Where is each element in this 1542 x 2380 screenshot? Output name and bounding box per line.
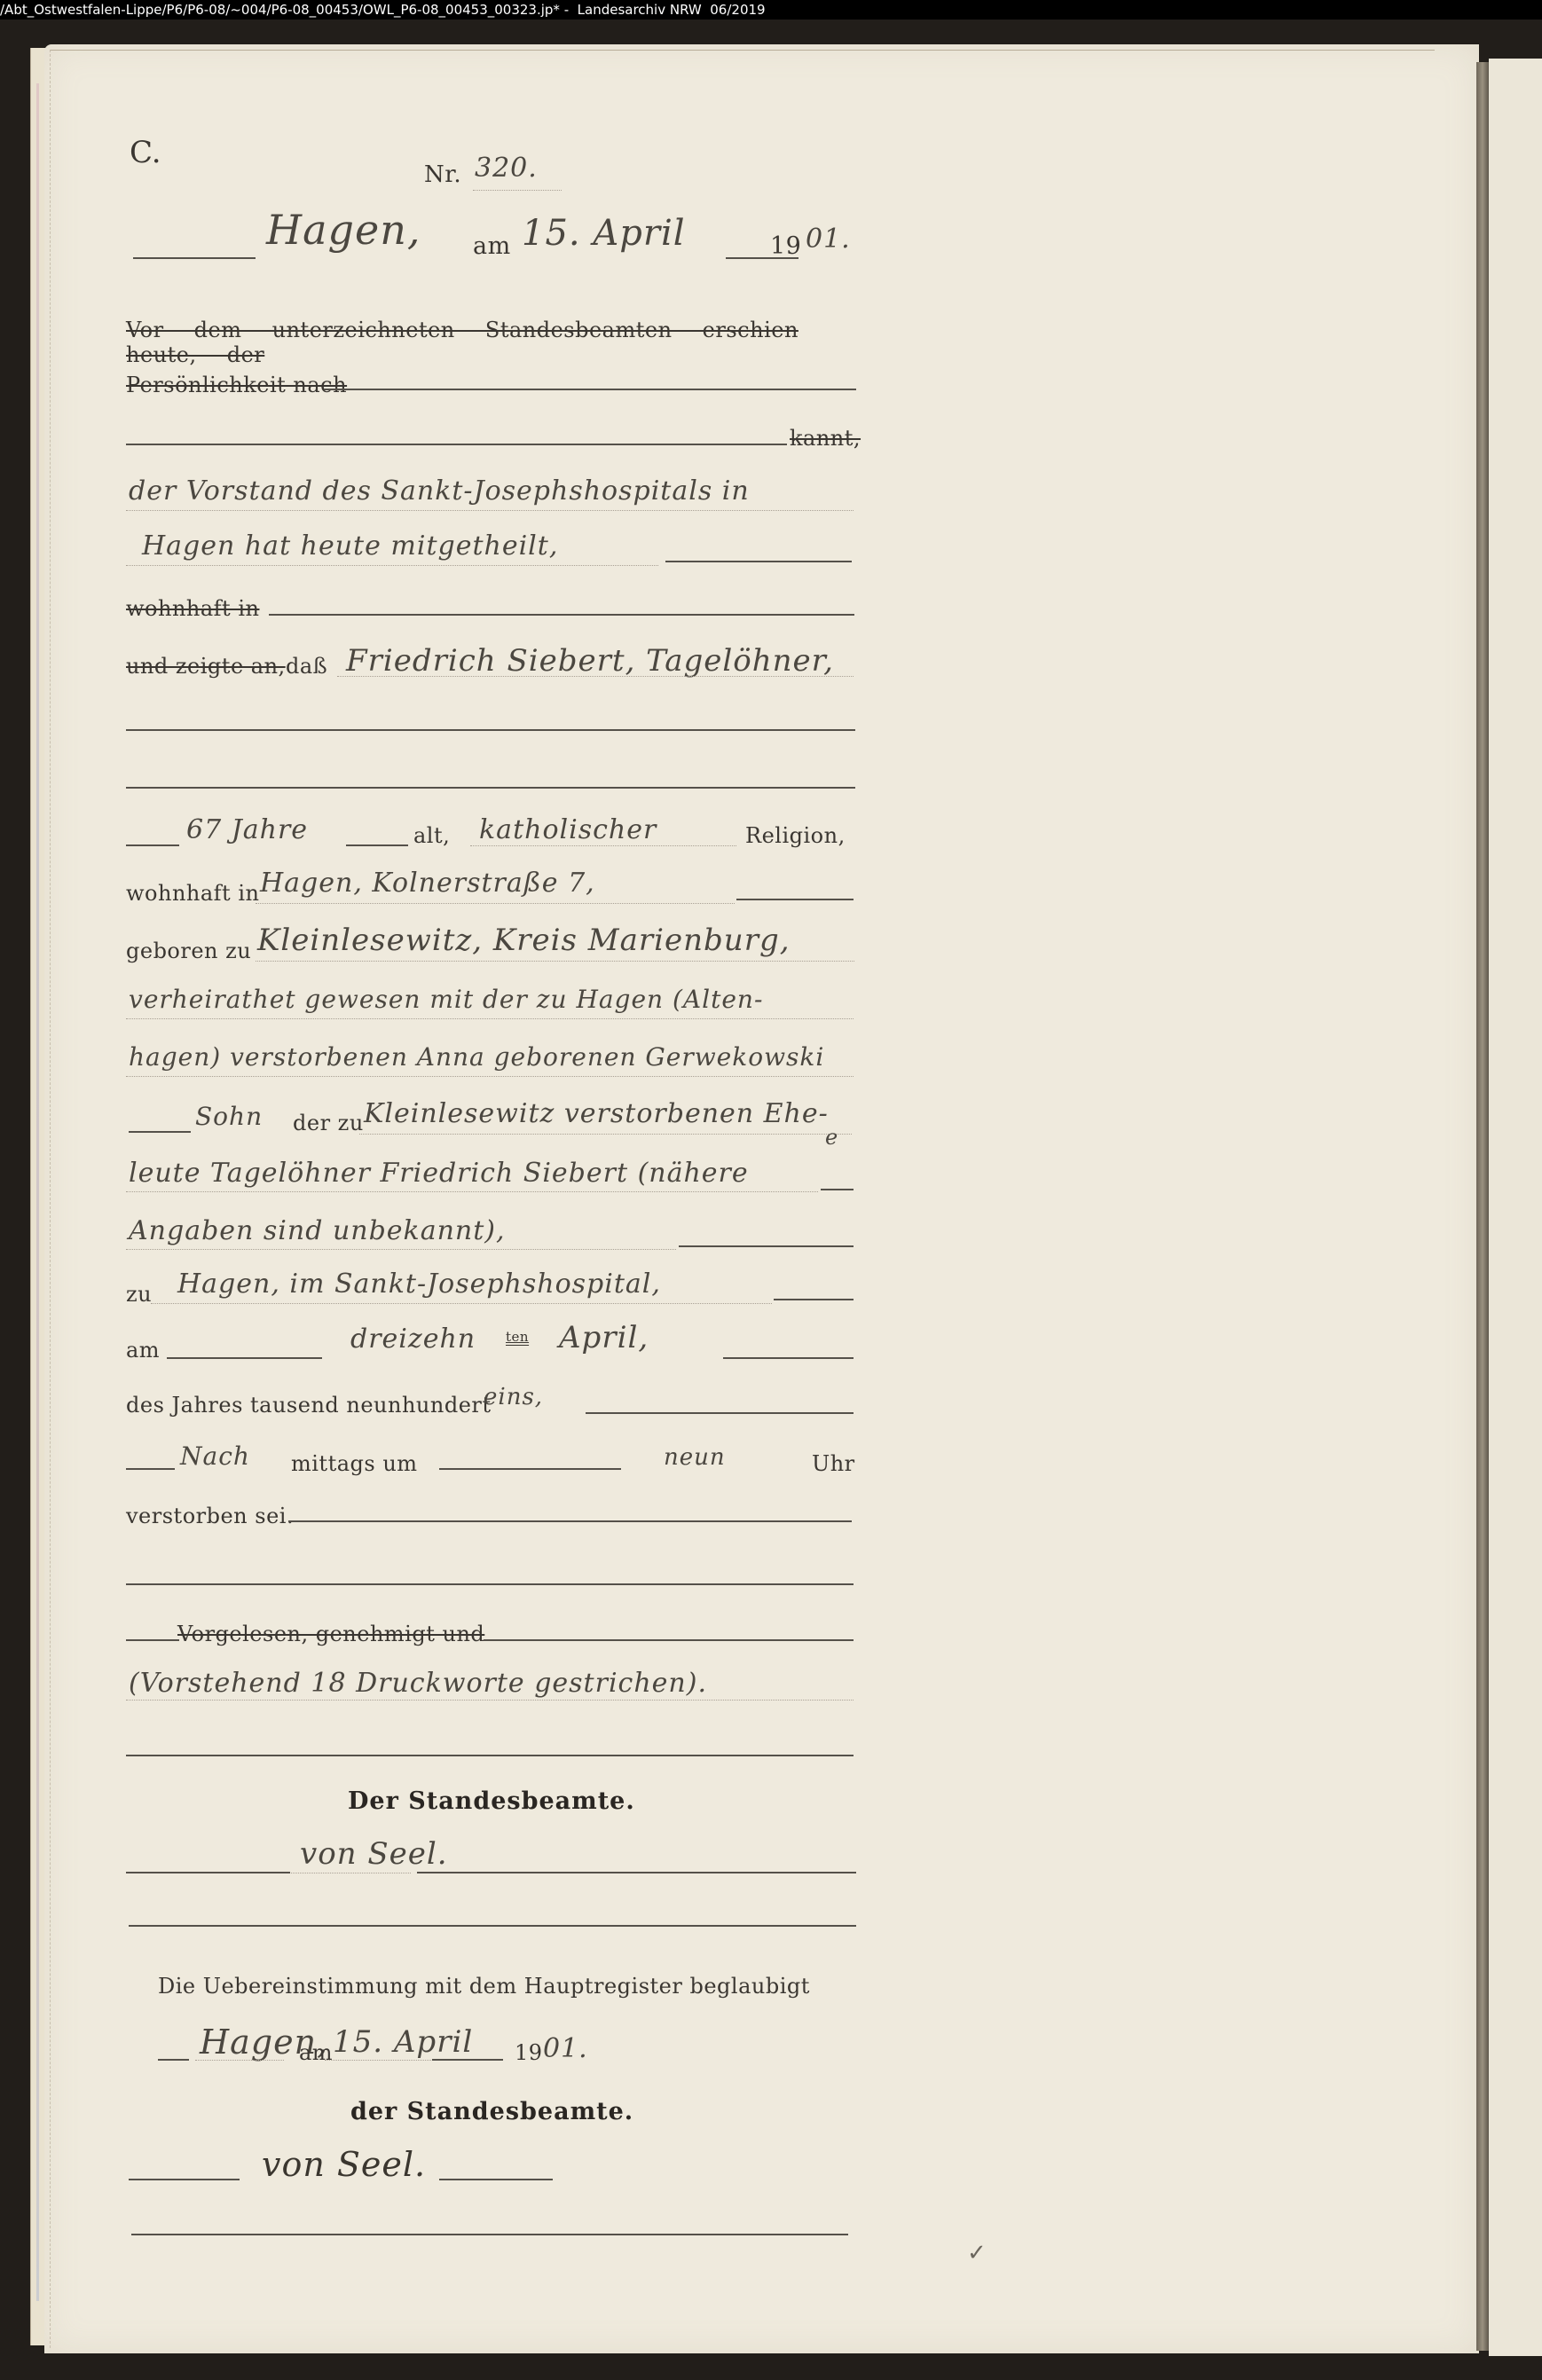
parents-line-3: Angaben sind unbekannt), <box>129 1215 506 1246</box>
struck-announce: und zeigte an, <box>126 654 286 679</box>
religion-label: Religion, <box>745 823 846 848</box>
age-label: alt, <box>413 823 450 848</box>
religion-value: katholischer <box>479 814 657 845</box>
parents-line-1: Kleinlesewitz verstorbenen Ehe- <box>364 1098 829 1129</box>
died-label: verstorben sei. <box>126 1504 294 1528</box>
struck-read-approved: Vorgelesen, genehmigt und <box>177 1622 484 1646</box>
place-value: Hagen, <box>266 206 421 254</box>
year-value: eins, <box>484 1384 543 1410</box>
residence-label: wohnhaft in <box>126 881 259 906</box>
residence-value: Hagen, Kolnerstraße 7, <box>260 868 595 899</box>
time-prefix: Nach <box>180 1441 250 1471</box>
dass-label: daß <box>286 654 327 679</box>
parents-label: der zu <box>293 1111 364 1135</box>
struck-residence: wohnhaft in <box>126 596 259 621</box>
time-label: mittags um <box>291 1451 418 1476</box>
official-title: Der Standesbeamte. <box>348 1787 635 1815</box>
date-value: 15. April <box>522 213 686 254</box>
death-place-label: zu <box>126 1282 152 1307</box>
certification-statement: Die Uebereinstimmung mit dem Hauptregist… <box>158 1974 810 1999</box>
marital-line-2: hagen) verstorbenen Anna geborenen Gerwe… <box>129 1042 824 1072</box>
cert-date: 15. April <box>333 2024 473 2060</box>
cert-year-prefix: 19 <box>515 2040 543 2065</box>
struck-personality-line: Persönlichkeit nach <box>126 373 347 397</box>
time-unit: Uhr <box>812 1451 855 1476</box>
date-am-label: am <box>473 232 511 260</box>
death-date-value: dreizehn <box>350 1324 476 1355</box>
correction-note: (Vorstehend 18 Druckworte gestrichen). <box>129 1668 707 1699</box>
facing-page-edge <box>1489 59 1542 2356</box>
cert-official-title: der Standesbeamte. <box>350 2098 633 2125</box>
informant-line-1: der Vorstand des Sankt-Josephshospitals … <box>129 475 750 507</box>
book-gutter <box>1476 62 1489 2351</box>
cert-year-suffix: 01. <box>543 2033 588 2064</box>
marital-line-1: verheirathet gewesen mit der zu Hagen (A… <box>129 985 763 1014</box>
death-place-value: Hagen, im Sankt-Josephshospital, <box>177 1269 661 1300</box>
deceased-name: Friedrich Siebert, Tagelöhner, <box>346 643 834 679</box>
time-value: neun <box>664 1444 726 1471</box>
official-signature: von Seel. <box>300 1836 448 1872</box>
form-letter: C. <box>130 135 161 170</box>
death-date-label: am <box>126 1338 160 1363</box>
year-suffix: 01. <box>806 224 851 255</box>
birth-label: geboren zu <box>126 939 251 963</box>
check-mark-icon: ✓ <box>967 2240 987 2266</box>
cert-signature: von Seel. <box>262 2145 426 2184</box>
number-label: Nr. <box>424 161 461 188</box>
age-value: 67 Jahre <box>186 814 308 845</box>
struck-intro-line: Vor dem unterzeichneten Standesbeamten e… <box>126 318 854 367</box>
year-label: des Jahres tausend neunhundert <box>126 1393 492 1418</box>
year-prefix: 19 <box>770 232 801 260</box>
struck-kannt: kannt, <box>790 426 861 451</box>
parents-line-2: leute Tagelöhner Friedrich Siebert (nähe… <box>129 1158 749 1189</box>
death-date-suffix: ten <box>506 1329 529 1345</box>
relation-value: Sohn <box>195 1102 263 1131</box>
number-value: 320. <box>475 153 538 184</box>
informant-line-2: Hagen hat heute mitgetheilt, <box>142 530 558 562</box>
birth-value: Kleinlesewitz, Kreis Marienburg, <box>257 923 791 958</box>
window-title: /Abt_Ostwestfalen-Lippe/P6/P6-08/~004/P6… <box>0 2 766 18</box>
death-month: April, <box>559 1320 649 1355</box>
cert-am-label: am <box>299 2040 333 2065</box>
margin-correction-note: e <box>825 1125 838 1150</box>
window-title-bar: /Abt_Ostwestfalen-Lippe/P6/P6-08/~004/P6… <box>0 0 1542 20</box>
